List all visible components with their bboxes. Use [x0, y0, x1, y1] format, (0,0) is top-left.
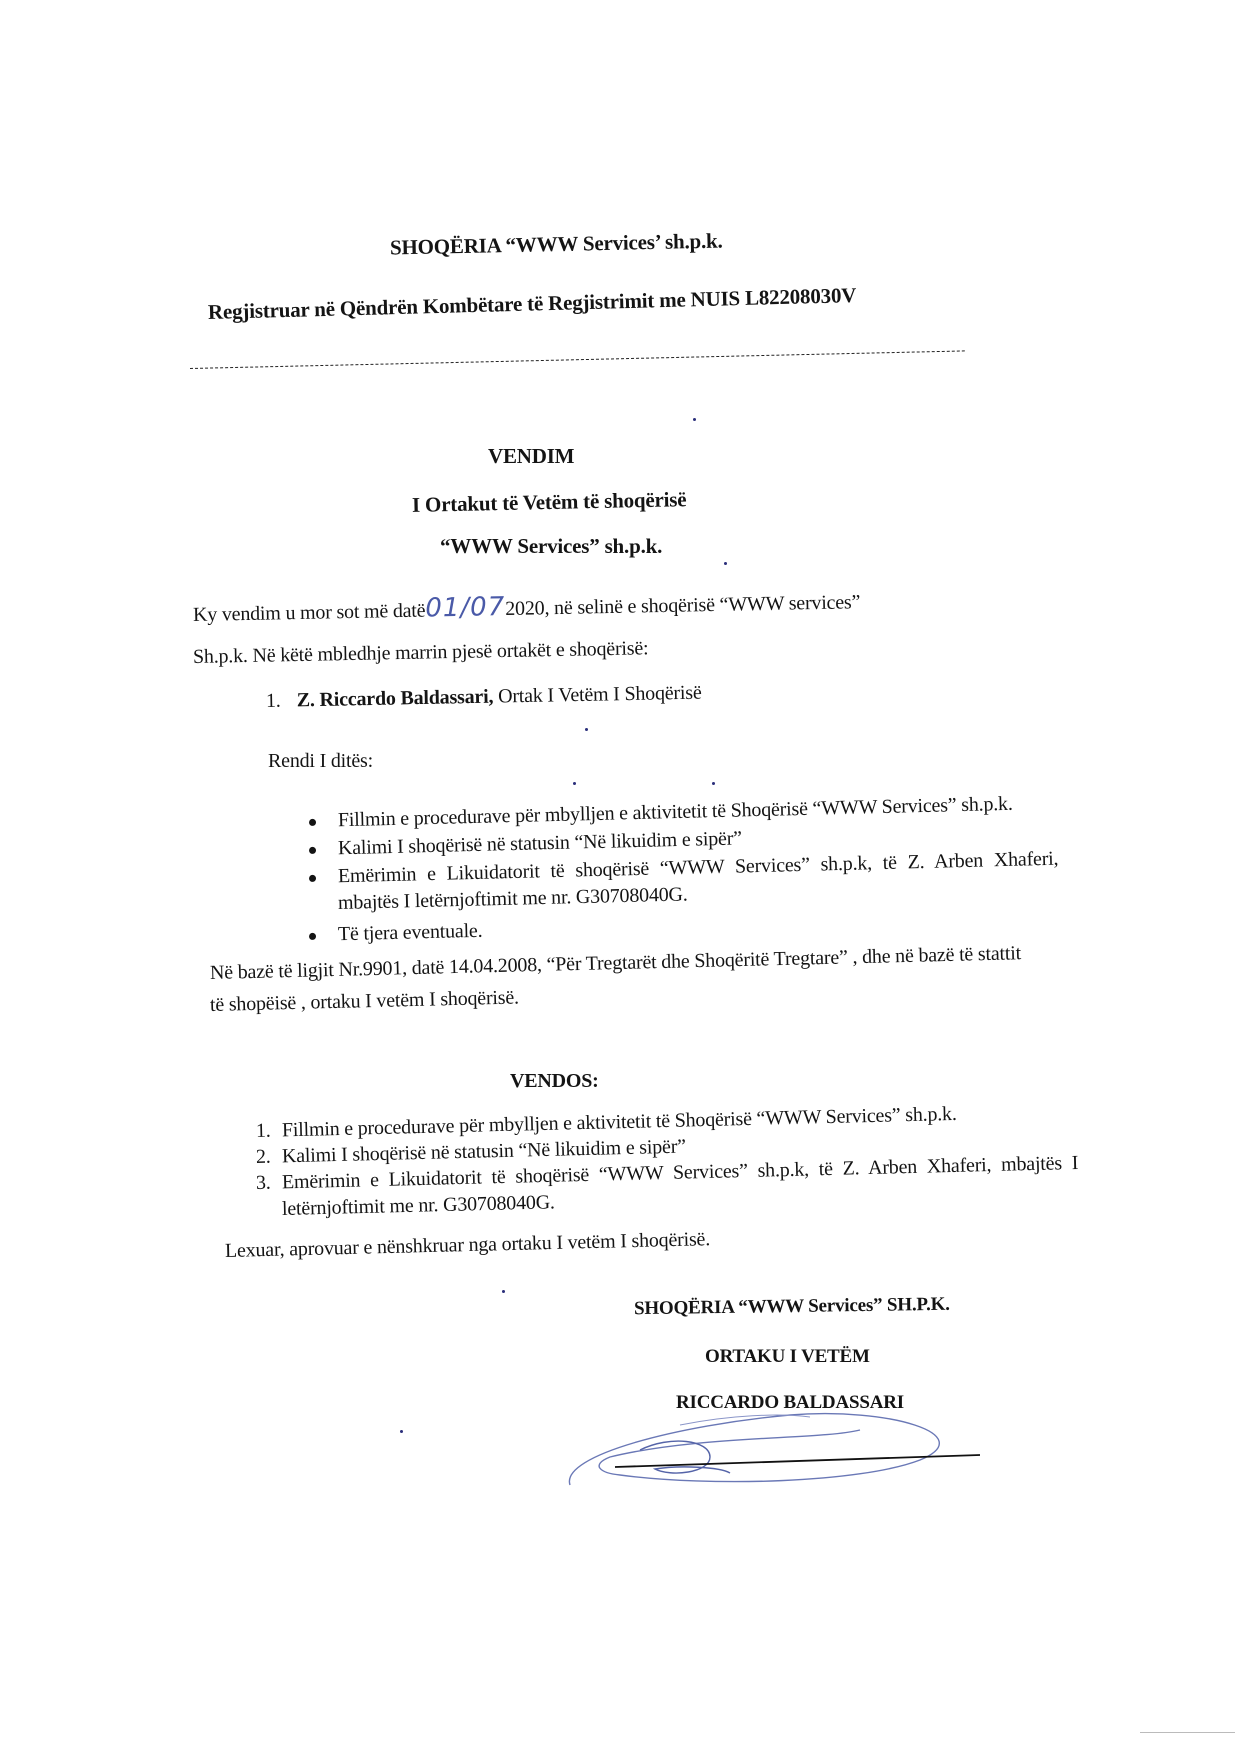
handwritten-date: 01/07 [425, 592, 505, 624]
bullet-icon [309, 819, 316, 826]
company-header: SHOQËRIA “WWW Services’ sh.p.k. [390, 229, 723, 261]
bullet-icon [309, 847, 316, 854]
scan-speck [712, 782, 715, 785]
bullet-icon [309, 875, 316, 882]
intro-line-1: Ky vendim u mor sot më datë01/072020, në… [193, 585, 861, 628]
participant-role: Ortak I Vetëm I Shoqërisë [498, 682, 702, 708]
decision-item-continuation: letërnjoftimit me nr. G30708040G. [282, 1191, 555, 1221]
scan-speck [724, 562, 727, 565]
scan-speck [502, 1290, 505, 1293]
agenda-item: Kalimi I shoqërisë në statusin “Në likui… [309, 827, 742, 861]
agenda-item-continuation: mbajtës I letërnjoftimit me nr. G3070804… [338, 883, 688, 915]
agenda-item: Fillmin e procedurave për mbylljen e akt… [309, 793, 1013, 833]
bullet-icon [309, 933, 316, 940]
participant-item: 1. Z. Riccardo Baldassari, Ortak I Vetëm… [266, 682, 702, 713]
document-title: VENDIM [488, 444, 574, 469]
decision-heading: VENDOS: [510, 1070, 599, 1093]
legal-basis-line-1: Në bazë të ligjit Nr.9901, datë 14.04.20… [210, 942, 1021, 985]
legal-basis-line-2: të shopëisë , ortaku I vetëm I shoqërisë… [210, 986, 519, 1017]
scan-speck [400, 1430, 403, 1433]
intro-prefix: Ky vendim u mor sot më datë [193, 600, 426, 626]
agenda-label: Rendi I ditës: [268, 750, 373, 773]
scan-edge [1140, 1732, 1235, 1733]
scan-speck [585, 728, 588, 731]
participant-name: Z. Riccardo Baldassari, [297, 686, 494, 712]
scan-speck [573, 782, 576, 785]
document-page: SHOQËRIA “WWW Services’ sh.p.k. Regjistr… [0, 0, 1240, 1753]
agenda-item: Të tjera eventuale. [309, 920, 483, 947]
signature-role: ORTAKU I VETËM [705, 1346, 870, 1368]
closing-statement: Lexuar, aprovuar e nënshkruar nga ortaku… [225, 1228, 711, 1263]
participant-number: 1. [266, 690, 292, 713]
scan-speck [693, 418, 696, 421]
signature-company: SHOQËRIA “WWW Services” SH.P.K. [634, 1294, 950, 1320]
registration-line: Regjistruar në Qëndrën Kombëtare të Regj… [208, 283, 857, 325]
document-subtitle: I Ortakut të Vetëm të shoqërisë [412, 487, 687, 518]
company-subtitle: “WWW Services” sh.p.k. [440, 534, 662, 559]
handwritten-signature [560, 1395, 1000, 1505]
intro-line-2: Sh.p.k. Në këtë mbledhje marrin pjesë or… [193, 637, 649, 669]
intro-suffix: 2020, në selinë e shoqërisë “WWW service… [505, 591, 860, 620]
separator-line [190, 350, 965, 369]
